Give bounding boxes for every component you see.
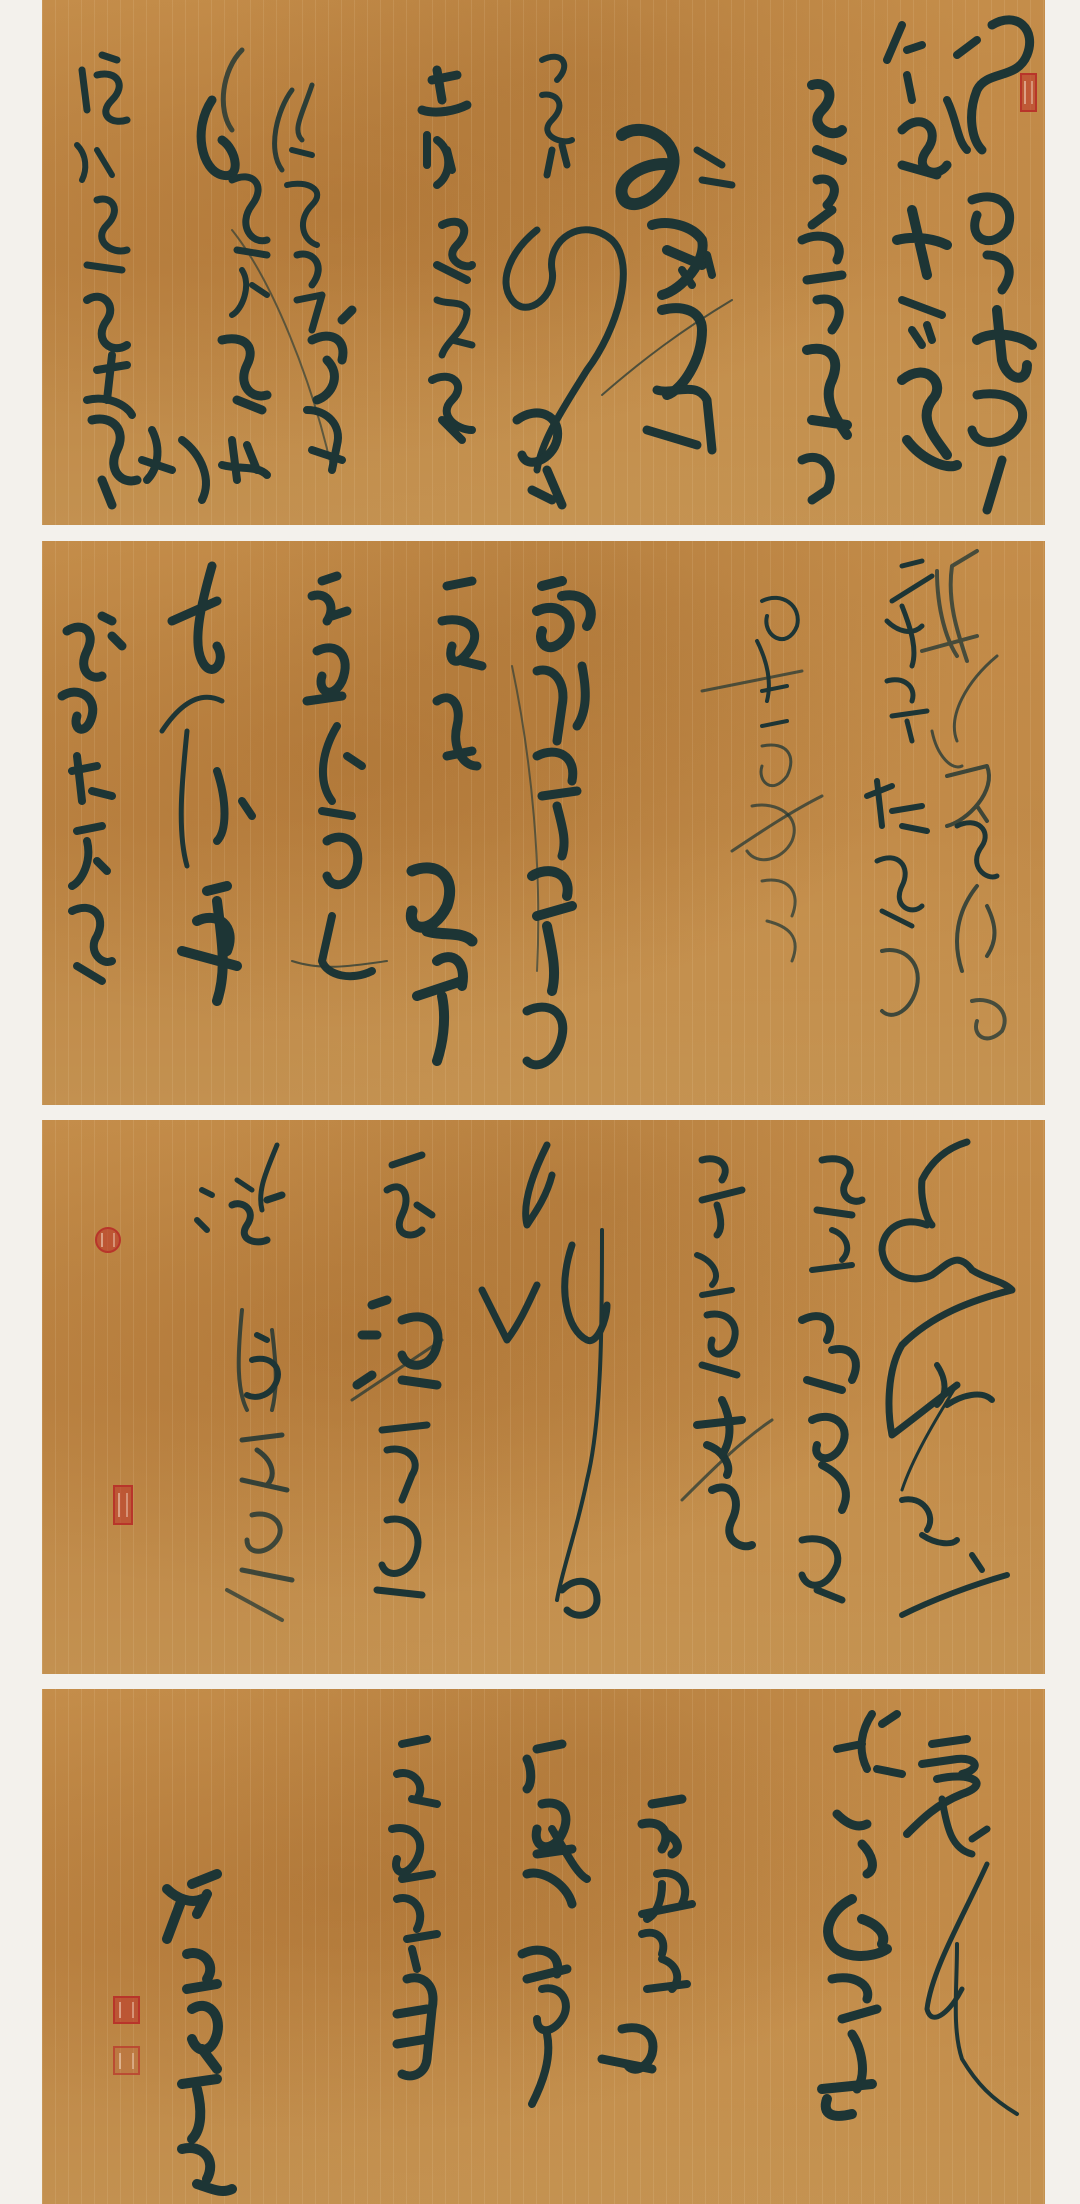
ink-strokes-panel-3 — [42, 1120, 1045, 1674]
calligraphy-panel-3 — [42, 1120, 1045, 1674]
calligraphy-panel-4 — [42, 1689, 1045, 2204]
seal-stamp — [113, 1996, 140, 2024]
ink-strokes-panel-4 — [42, 1689, 1045, 2204]
calligraphy-panel-2 — [42, 541, 1045, 1105]
seal-stamp-round — [95, 1227, 121, 1253]
seal-stamp — [113, 1485, 133, 1525]
seal-stamp-outline — [113, 2046, 140, 2075]
seal-stamp — [1020, 73, 1037, 112]
ink-strokes-panel-2 — [42, 541, 1045, 1105]
ink-strokes-panel-1 — [42, 0, 1045, 525]
calligraphy-panel-1 — [42, 0, 1045, 525]
